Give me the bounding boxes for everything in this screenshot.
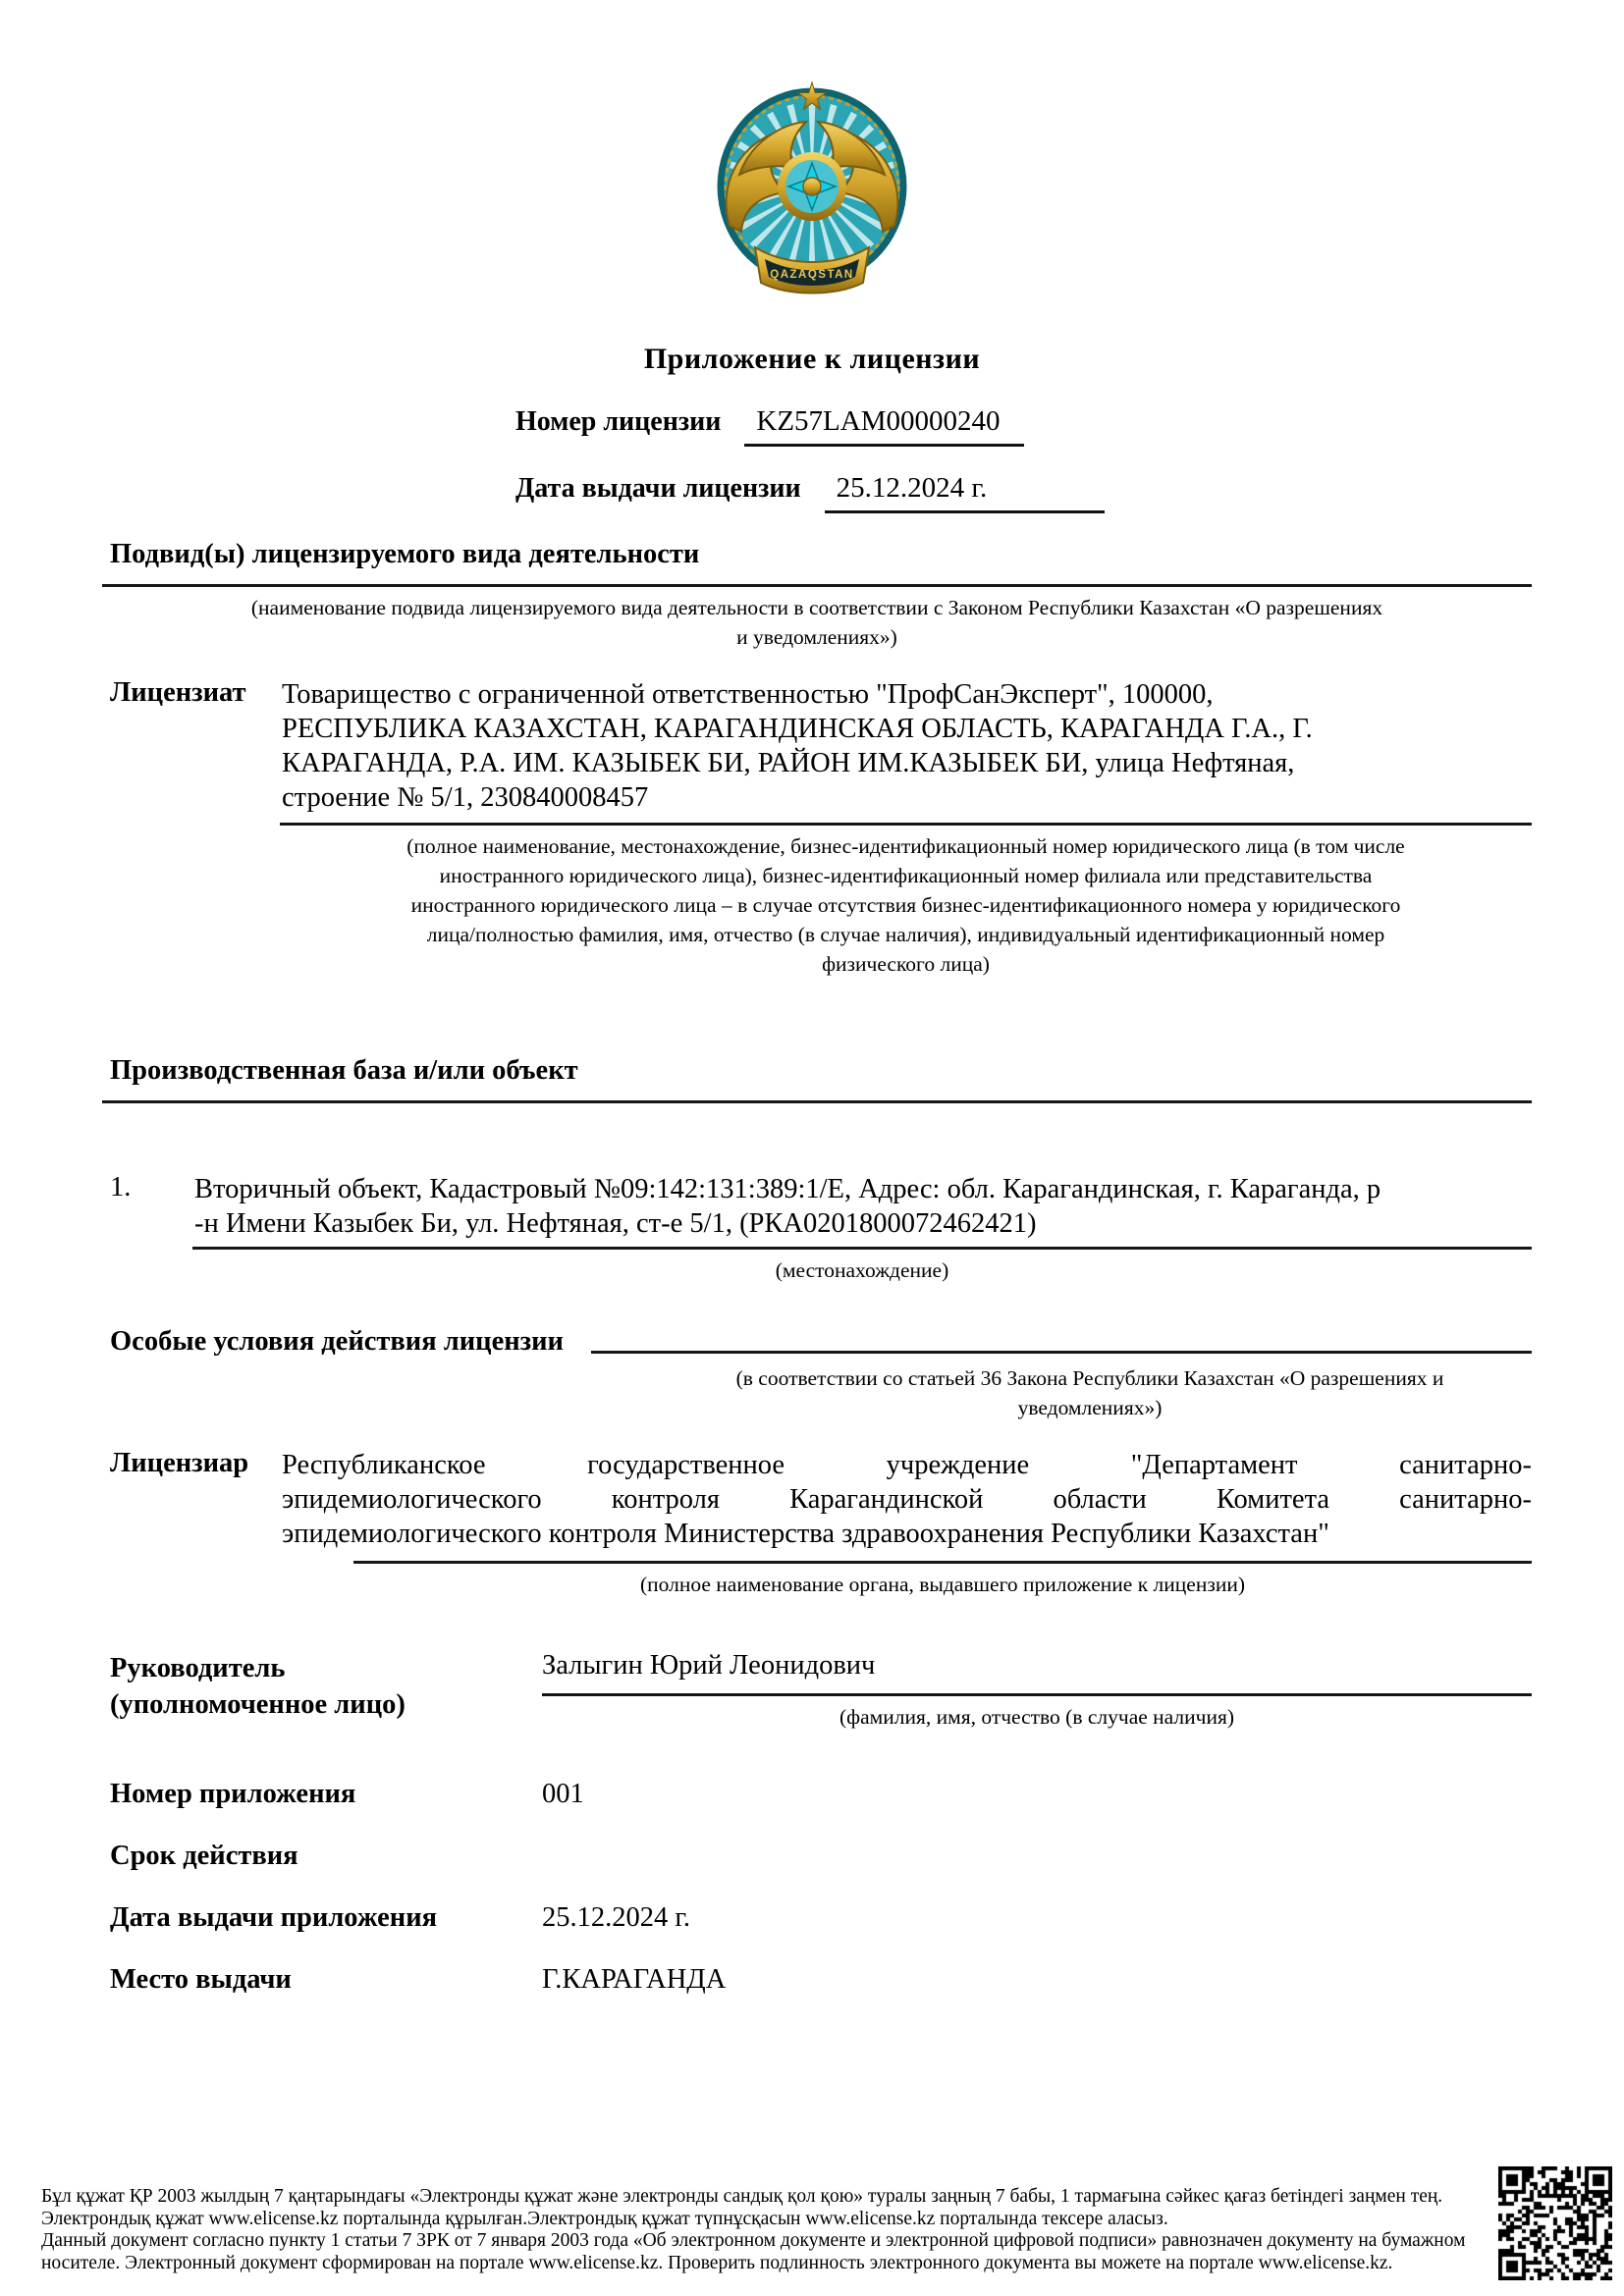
licensor-value-line: эпидемиологического контроля Министерств… bbox=[282, 1517, 1532, 1551]
licensee-label: Лицензиат bbox=[110, 677, 282, 709]
special-conditions-note: (в соответствии со статьей 36 Закона Рес… bbox=[648, 1363, 1532, 1422]
document-title: Приложение к лицензии bbox=[0, 343, 1624, 376]
production-item-note: (местонахождение) bbox=[192, 1255, 1532, 1285]
production-divider bbox=[102, 1100, 1532, 1103]
licensee-note: (полное наименование, местонахождение, б… bbox=[280, 831, 1532, 979]
head-note: (фамилия, имя, отчество (в случае наличи… bbox=[542, 1702, 1532, 1732]
emblem-wrap: QAZAQSTAN bbox=[0, 0, 1624, 309]
licensor-block: Лицензиар Республиканское государственно… bbox=[0, 1448, 1624, 1551]
licensor-divider bbox=[353, 1561, 1532, 1564]
issue-place-row: Место выдачи Г.КАРАГАНДА bbox=[0, 1964, 1624, 1996]
production-heading: Производственная база и/или объект bbox=[110, 1055, 1624, 1087]
licensor-value-line: Республиканское государственное учрежден… bbox=[282, 1448, 1532, 1482]
special-conditions-row: Особые условия действия лицензии bbox=[0, 1326, 1624, 1358]
licensor-label: Лицензиар bbox=[110, 1448, 282, 1479]
licensor-note: (полное наименование органа, выдавшего п… bbox=[353, 1570, 1532, 1599]
head-value-wrap: Залыгин Юрий Леонидович (фамилия, имя, о… bbox=[542, 1650, 1532, 1732]
license-appendix-page: QAZAQSTAN Приложение к лицензии Номер ли… bbox=[0, 0, 1624, 2296]
appendix-number-row: Номер приложения 001 bbox=[0, 1779, 1624, 1810]
license-number-value: KZ57LAM00000240 bbox=[744, 405, 1024, 447]
license-issue-date-value: 25.12.2024 г. bbox=[825, 472, 1105, 513]
head-label-line2: (уполномоченное лицо) bbox=[110, 1686, 542, 1723]
special-conditions-blank-line bbox=[591, 1351, 1532, 1354]
head-block: Руководитель (уполномоченное лицо) Залыг… bbox=[0, 1650, 1624, 1732]
appendix-number-value: 001 bbox=[542, 1779, 584, 1810]
licensor-value: Республиканское государственное учрежден… bbox=[282, 1448, 1532, 1551]
special-conditions-heading: Особые условия действия лицензии bbox=[110, 1326, 564, 1358]
validity-period-label: Срок действия bbox=[110, 1841, 542, 1872]
production-item-number: 1. bbox=[110, 1172, 194, 1241]
head-label: Руководитель (уполномоченное лицо) bbox=[110, 1650, 542, 1732]
emblem-shanyrak bbox=[778, 152, 846, 221]
appendix-number-label: Номер приложения bbox=[110, 1779, 542, 1810]
kazakhstan-emblem: QAZAQSTAN bbox=[700, 77, 924, 304]
production-item-text: Вторичный объект, Кадастровый №09:142:13… bbox=[194, 1172, 1380, 1241]
head-label-line1: Руководитель bbox=[110, 1650, 542, 1686]
license-issue-date-row: Дата выдачи лицензии 25.12.2024 г. bbox=[515, 472, 1624, 513]
footer-legal-text: Бұл құжат ҚР 2003 жылдың 7 қаңтарындағы … bbox=[41, 2186, 1494, 2274]
licensee-block: Лицензиат Товарищество с ограниченной от… bbox=[0, 677, 1624, 815]
licensor-value-line: эпидемиологического контроля Карагандинс… bbox=[282, 1482, 1532, 1517]
subtype-note: (наименование подвида лицензируемого вид… bbox=[102, 593, 1532, 652]
appendix-issue-date-row: Дата выдачи приложения 25.12.2024 г. bbox=[0, 1902, 1624, 1934]
validity-period-row: Срок действия bbox=[0, 1841, 1624, 1872]
production-item-underline bbox=[192, 1247, 1532, 1250]
licensee-divider bbox=[280, 823, 1532, 826]
subtype-divider bbox=[102, 584, 1532, 587]
appendix-issue-date-value: 25.12.2024 г. bbox=[542, 1902, 690, 1934]
qr-code bbox=[1498, 2166, 1612, 2280]
license-issue-date-label: Дата выдачи лицензии bbox=[515, 473, 801, 505]
head-value: Залыгин Юрий Леонидович bbox=[542, 1650, 1532, 1685]
license-number-label: Номер лицензии bbox=[515, 406, 721, 438]
subtype-heading: Подвид(ы) лицензируемого вида деятельнос… bbox=[110, 539, 1624, 570]
license-number-row: Номер лицензии KZ57LAM00000240 bbox=[515, 405, 1624, 447]
licensee-value: Товарищество с ограниченной ответственно… bbox=[282, 677, 1313, 815]
appendix-issue-date-label: Дата выдачи приложения bbox=[110, 1902, 542, 1934]
production-item: 1. Вторичный объект, Кадастровый №09:142… bbox=[0, 1172, 1624, 1241]
issue-place-label: Место выдачи bbox=[110, 1964, 542, 1996]
emblem-banner-text: QAZAQSTAN bbox=[770, 269, 853, 281]
head-underline bbox=[542, 1693, 1532, 1696]
issue-place-value: Г.КАРАГАНДА bbox=[542, 1964, 726, 1996]
